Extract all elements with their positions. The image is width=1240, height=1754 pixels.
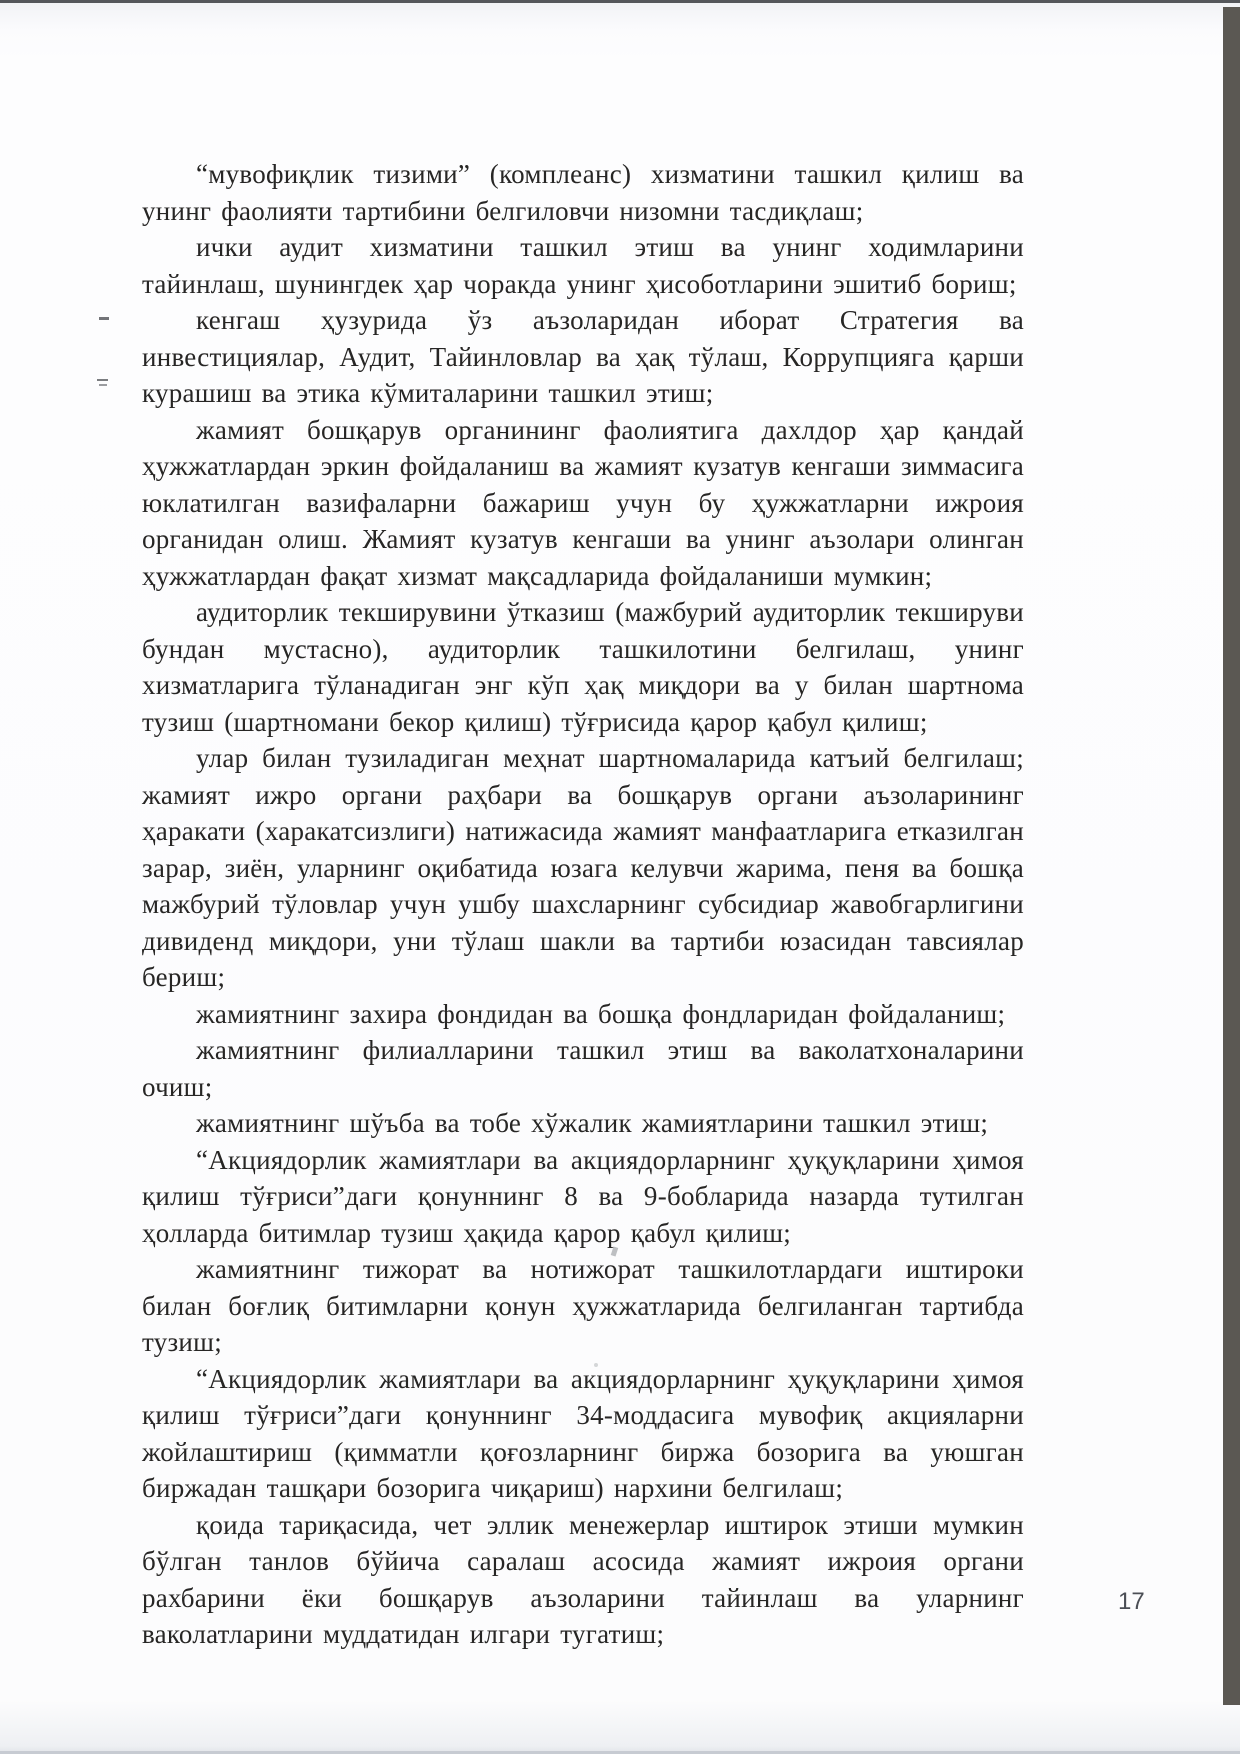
scan-speck — [99, 317, 109, 320]
paragraph: жамиятнинг тижорат ва нотижорат ташкилот… — [142, 1251, 1024, 1361]
scan-edge-top — [0, 0, 1240, 3]
page-number: 17 — [1118, 1588, 1145, 1616]
scan-speck — [99, 384, 107, 386]
scan-edge-right — [1223, 7, 1240, 1705]
paragraph: жамиятнинг шўъба ва тобе хўжалик жамиятл… — [142, 1105, 1024, 1142]
scan-speck — [97, 379, 108, 381]
paragraph: “мувофиқлик тизими” (комплеанс) хизматин… — [142, 156, 1024, 229]
paragraph: аудиторлик текширувини ўтказиш (мажбурий… — [142, 594, 1024, 740]
paragraph: жамиятнинг захира фондидан ва бошқа фонд… — [142, 996, 1024, 1033]
paragraph: қоида тариқасида, чет эллик менежерлар и… — [142, 1507, 1024, 1653]
paragraph: ички аудит хизматини ташкил этиш ва унин… — [142, 229, 1024, 302]
paragraph: “Акциядорлик жамиятлари ва акциядорларни… — [142, 1361, 1024, 1507]
paragraph: улар билан тузиладиган меҳнат шартномала… — [142, 740, 1024, 996]
paragraph: “Акциядорлик жамиятлари ва акциядорларни… — [142, 1142, 1024, 1252]
paragraph: жамият бошқарув органининг фаолиятига да… — [142, 412, 1024, 595]
document-page: “мувофиқлик тизими” (комплеанс) хизматин… — [142, 156, 1024, 1653]
paragraph: жамиятнинг филиалларини ташкил этиш ва в… — [142, 1032, 1024, 1105]
paragraph: кенгаш ҳузурида ўз аъзоларидан иборат Ст… — [142, 302, 1024, 412]
